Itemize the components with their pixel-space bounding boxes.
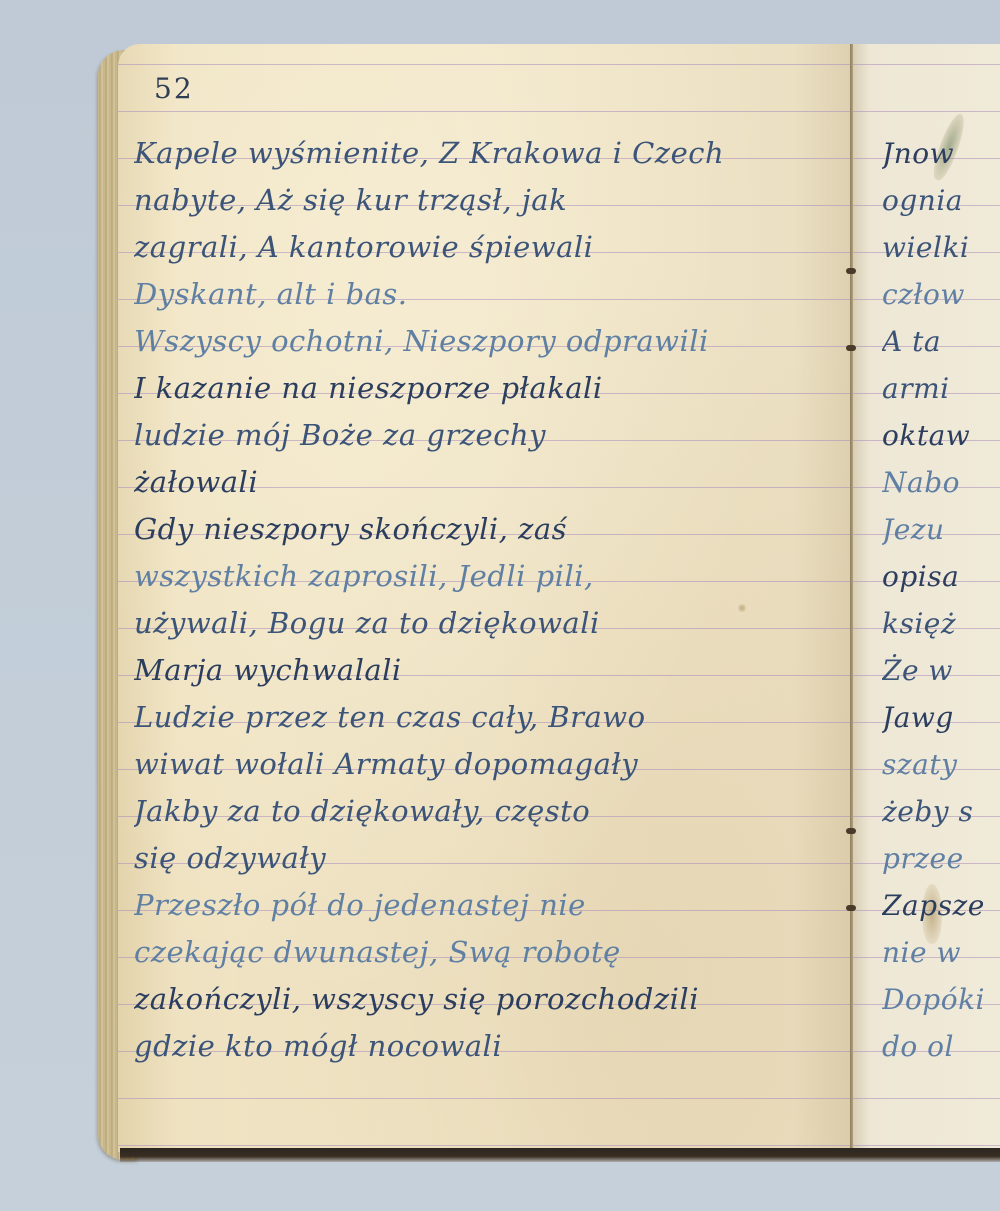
text-line: się odzywały (134, 835, 844, 882)
binding-gutter (850, 44, 853, 1152)
text-line: człow (882, 271, 1000, 318)
text-line: Zapsze (882, 882, 1000, 929)
handwritten-text-right: Jnow ognia wielki człow A ta armi oktaw … (882, 130, 1000, 1070)
text-line: opisa (882, 553, 1000, 600)
binding-staple (846, 345, 856, 351)
text-line: szaty (882, 741, 1000, 788)
text-line: nie w (882, 929, 1000, 976)
text-line: nabyte, Aż się kur trząsł, jak (134, 177, 844, 224)
text-line: Nabo (882, 459, 1000, 506)
text-line: Jakby za to dziękowały, często (134, 788, 844, 835)
text-line: czekając dwunastej, Swą robotę (134, 929, 844, 976)
binding-staple (846, 828, 856, 834)
scanned-notebook: 52 Kapele wyśmienite, Z Krakowa i Czech … (0, 0, 1000, 1211)
left-page: 52 Kapele wyśmienite, Z Krakowa i Czech … (118, 44, 852, 1152)
text-line: armi (882, 365, 1000, 412)
text-line: Wszyscy ochotni, Nieszpory odprawili (134, 318, 844, 365)
text-line: wszystkich zaprosili, Jedli pili, (134, 553, 844, 600)
text-line: Dyskant, alt i bas. (134, 271, 844, 318)
text-line: zakończyli, wszyscy się porozchodzili (134, 976, 844, 1023)
text-line: gdzie kto mógł nocowali (134, 1023, 844, 1070)
text-line: księż (882, 600, 1000, 647)
page-number: 52 (154, 72, 194, 105)
text-line: Kapele wyśmienite, Z Krakowa i Czech (134, 130, 844, 177)
text-line: Ludzie przez ten czas cały, Brawo (134, 694, 844, 741)
binding-staple (846, 905, 856, 911)
text-line: Jawg (882, 694, 1000, 741)
text-line: używali, Bogu za to dziękowali (134, 600, 844, 647)
text-line: ognia (882, 177, 1000, 224)
text-line: Jezu (882, 506, 1000, 553)
right-page: Jnow ognia wielki człow A ta armi oktaw … (852, 44, 1000, 1152)
text-line: Że w (882, 647, 1000, 694)
text-line: wiwat wołali Armaty dopomagały (134, 741, 844, 788)
text-line: do ol (882, 1023, 1000, 1070)
text-line: Jnow (882, 130, 1000, 177)
text-line: żałowali (134, 459, 844, 506)
text-line: Przeszło pół do jedenastej nie (134, 882, 844, 929)
text-line: zagrali, A kantorowie śpiewali (134, 224, 844, 271)
text-line: przee (882, 835, 1000, 882)
text-line: Dopóki (882, 976, 1000, 1023)
handwritten-text: Kapele wyśmienite, Z Krakowa i Czech nab… (134, 130, 844, 1070)
text-line: oktaw (882, 412, 1000, 459)
text-line: żeby s (882, 788, 1000, 835)
binding-staple (846, 268, 856, 274)
text-line: Gdy nieszpory skończyli, zaś (134, 506, 844, 553)
text-line: Marja wychwalali (134, 647, 844, 694)
cover-edge (120, 1148, 1000, 1162)
text-line: I kazanie na nieszporze płakali (134, 365, 844, 412)
text-line: A ta (882, 318, 1000, 365)
text-line: wielki (882, 224, 1000, 271)
text-line: ludzie mój Boże za grzechy (134, 412, 844, 459)
